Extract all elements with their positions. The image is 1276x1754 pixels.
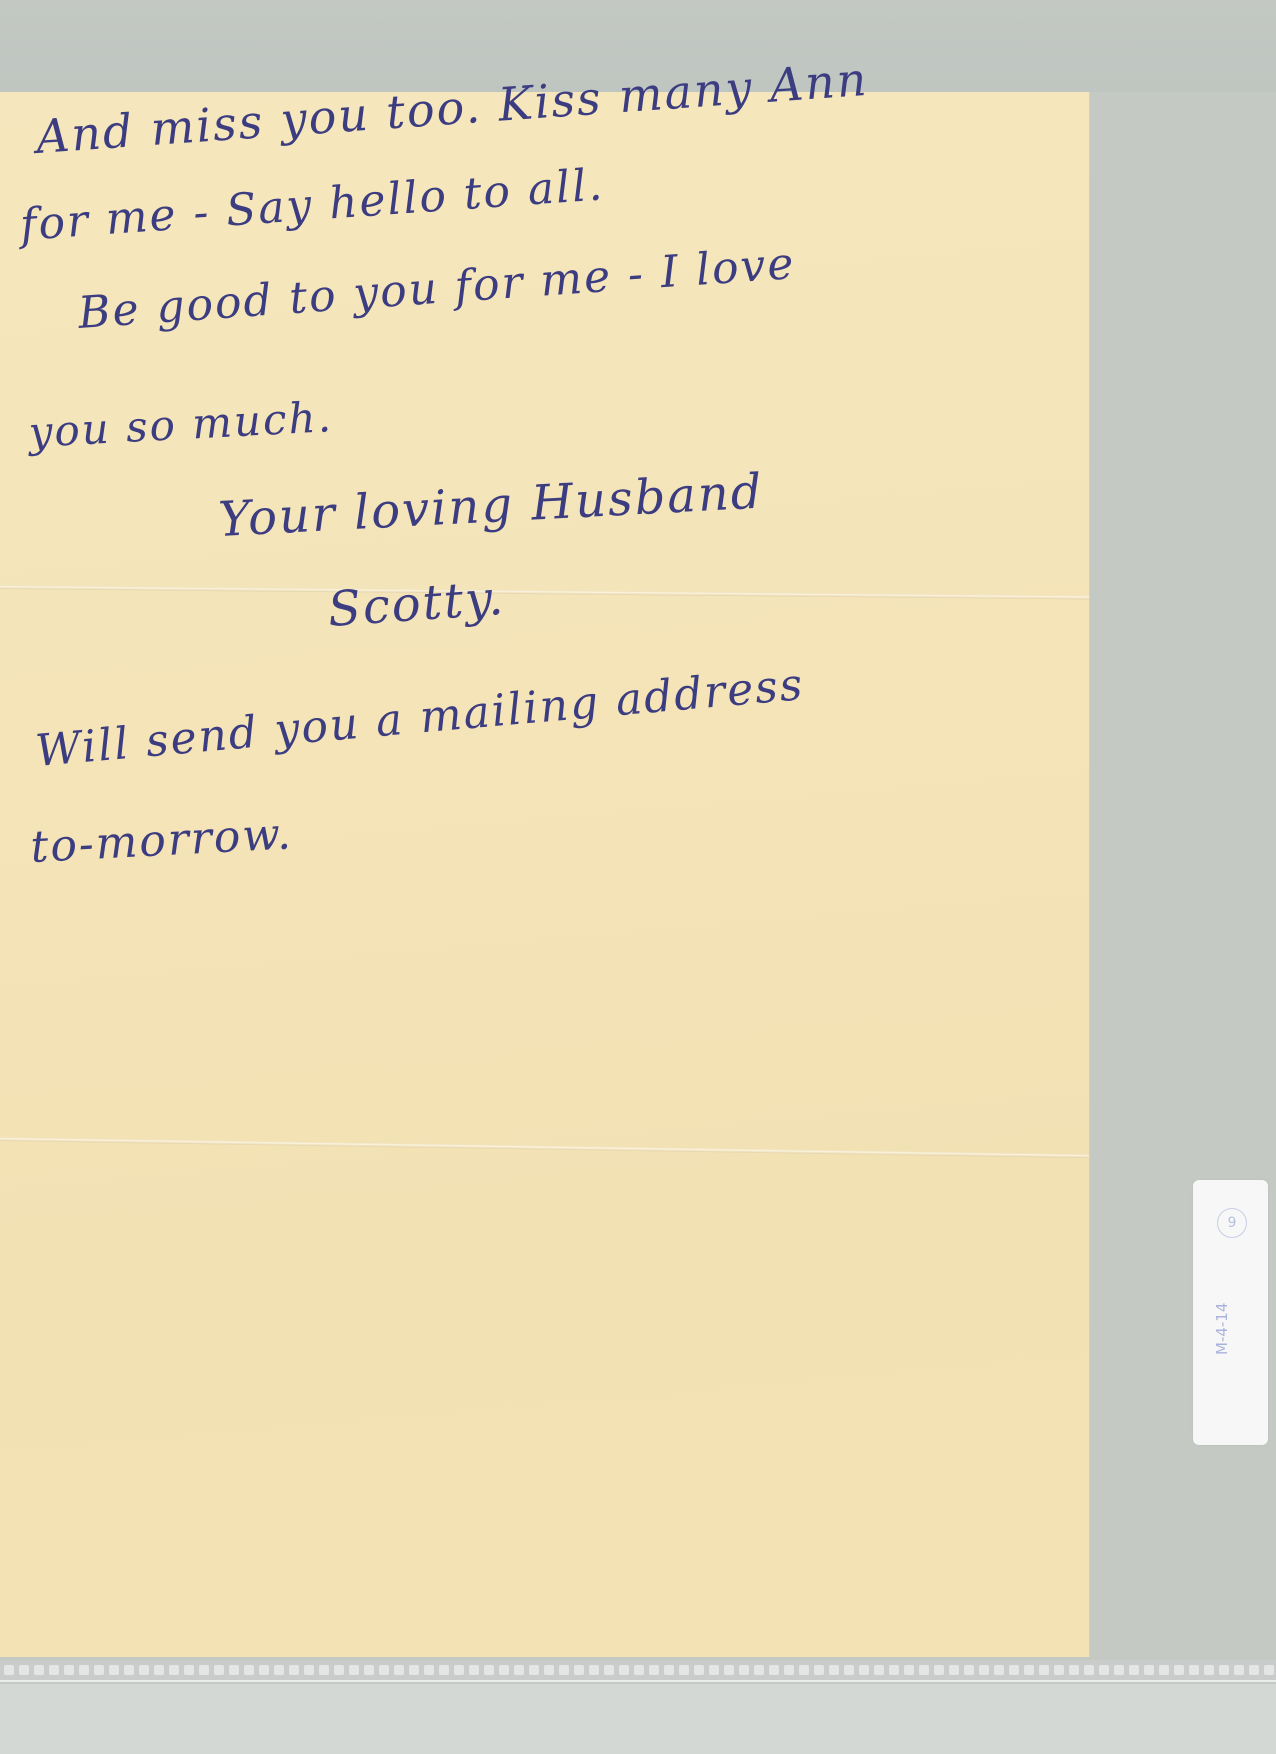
fold-crease-lower	[0, 1137, 1089, 1158]
letter-postscript-line-2: to-morrow.	[29, 808, 294, 873]
archival-sleeve-bottom	[0, 1684, 1276, 1754]
archive-code: M-4-14	[1213, 1303, 1231, 1355]
archive-circled-number: 9	[1217, 1208, 1247, 1238]
archive-label: 9 M-4-14	[1193, 1180, 1268, 1445]
letter-line-4: you so much.	[27, 392, 334, 457]
letter-page: And miss you too. Kiss many Ann for me -…	[0, 92, 1089, 1657]
sleeve-seal-strip	[0, 1660, 1276, 1682]
letter-line-2: for me - Say hello to all.	[18, 159, 605, 251]
letter-line-3: Be good to you for me - I love	[76, 238, 797, 339]
letter-closing: Your loving Husband	[217, 464, 765, 548]
fold-crease-upper	[0, 585, 1089, 599]
letter-postscript-line-1: Will send you a mailing address	[34, 659, 807, 777]
letter-signature: Scotty.	[326, 570, 507, 638]
